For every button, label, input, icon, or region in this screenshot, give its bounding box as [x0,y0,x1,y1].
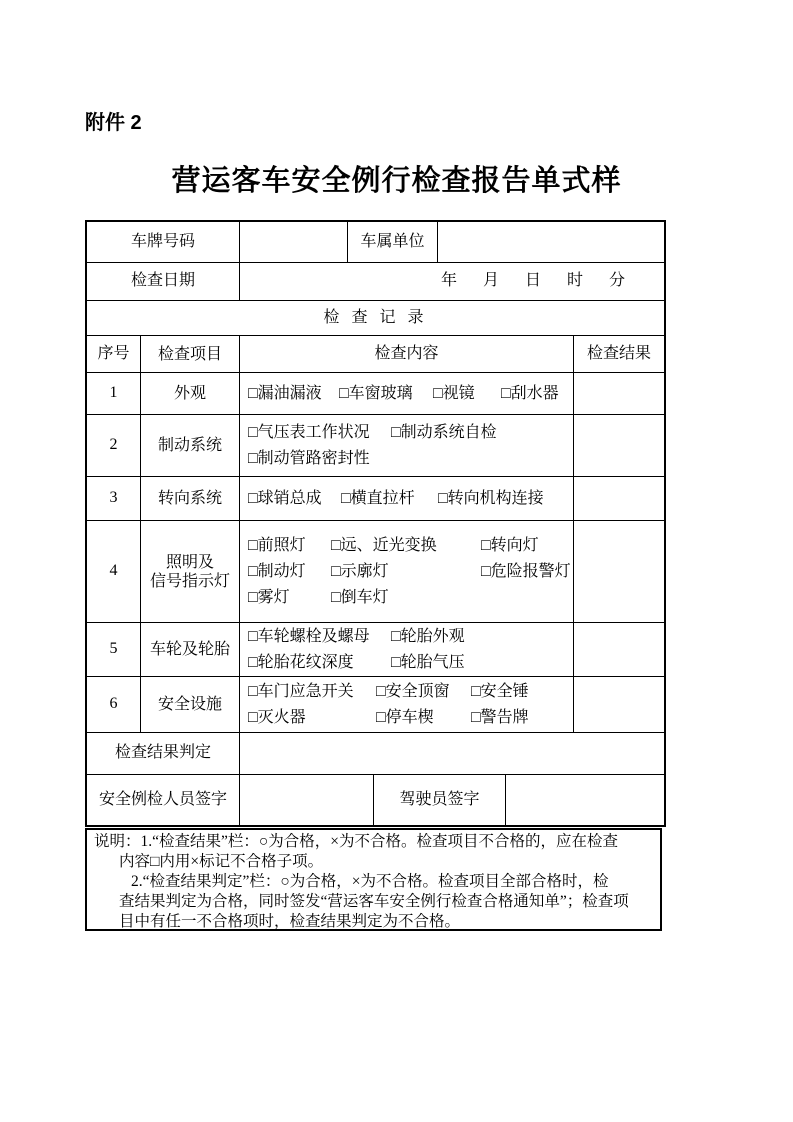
checkbox-label: 车窗玻璃 [349,385,413,402]
checkbox-icon[interactable]: □ [391,654,401,671]
checkbox-item: □停车楔 [376,705,471,731]
checkbox-label: 危险报警灯 [491,563,571,580]
checkbox-icon[interactable]: □ [248,424,258,441]
checkbox-icon[interactable]: □ [433,385,443,402]
item-text: 外观 [174,384,206,403]
checkbox-item: □车窗玻璃 [339,381,433,407]
inspection-date-label: 检查日期 [87,263,240,300]
checkbox-icon[interactable]: □ [248,537,258,554]
checkbox-label: 远、近光变换 [341,537,437,554]
checkbox-line: □漏油漏液 □车窗玻璃 □视镜 □刮水器 [248,381,573,407]
checkbox-label: 示廓灯 [341,563,389,580]
inspection-content-cell: □漏油漏液 □车窗玻璃 □视镜 □刮水器 [240,373,574,414]
vehicle-unit-field[interactable] [438,222,664,262]
column-header-content: 检查内容 [240,336,574,372]
checkbox-label: 刮水器 [511,385,559,402]
row-number: 5 [87,623,141,676]
inspection-form-table: 车牌号码 车属单位 检查日期 年 月 日 时 分 检 查 记 录 序号 检查项目… [85,220,666,827]
note-line: 内容□内用×标记不合格子项。 [119,852,656,872]
checkbox-label: 视镜 [443,385,475,402]
row-number: 4 [87,521,141,622]
checkbox-item: □车门应急开关 [248,679,376,705]
checkbox-icon[interactable]: □ [331,563,341,580]
inspection-content-cell: □球销总成 □横直拉杆 □转向机构连接 [240,477,574,520]
checkbox-icon[interactable]: □ [248,654,258,671]
checkbox-item: □远、近光变换 [331,533,481,559]
checkbox-item: □危险报警灯 [481,559,573,585]
checkbox-icon[interactable]: □ [248,450,258,467]
checkbox-item: □刮水器 [501,381,573,407]
checkbox-item: □前照灯 [248,533,331,559]
checkbox-item: □转向灯 [481,533,573,559]
inspection-result-cell[interactable] [574,373,664,414]
checkbox-icon[interactable]: □ [248,385,258,402]
verdict-field[interactable] [240,733,664,774]
inspection-row-2: 2 制动系统 □气压表工作状况 □制动系统自检 □制动管路密封性 [87,415,664,477]
inspection-content-cell: □车门应急开关 □安全顶窗 □安全锤 □灭火器 □停车楔 □警告牌 [240,677,574,732]
inspection-item-label: 转向系统 [141,477,240,520]
note-line: 目中有任一不合格项时，检查结果判定为不合格。 [119,912,656,932]
item-text: 安全设施 [158,695,222,714]
checkbox-line: □球销总成 □横直拉杆 □转向机构连接 [248,486,573,512]
checkbox-item: □轮胎气压 [391,650,573,676]
note-line: 查结果判定为合格，同时签发“营运客车安全例行检查合格通知单”；检查项 [119,892,656,912]
vehicle-unit-label: 车属单位 [348,222,438,262]
inspection-item-label: 车轮及轮胎 [141,623,240,676]
item-text-line1: 照明及 [166,553,214,572]
checkbox-label: 倒车灯 [341,589,389,606]
plate-number-label: 车牌号码 [87,222,240,262]
checkbox-label: 轮胎花纹深度 [258,654,354,671]
record-title-row: 检 查 记 录 [87,301,664,336]
checkbox-icon[interactable]: □ [341,490,351,507]
checkbox-line: □轮胎花纹深度 □轮胎气压 [248,650,573,676]
checkbox-item: □制动系统自检 [391,420,573,446]
checkbox-line: □前照灯 □远、近光变换 □转向灯 [248,533,573,559]
inspection-row-3: 3 转向系统 □球销总成 □横直拉杆 □转向机构连接 [87,477,664,521]
checkbox-item: □制动灯 [248,559,331,585]
item-text: 转向系统 [158,489,222,508]
checkbox-label: 球销总成 [258,490,322,507]
item-text-line2: 信号指示灯 [150,572,230,591]
checkbox-item: □气压表工作状况 [248,420,391,446]
driver-signature-label: 驾驶员签字 [374,775,506,825]
checkbox-label: 停车楔 [386,709,434,726]
inspection-row-4: 4 照明及 信号指示灯 □前照灯 □远、近光变换 □转向灯 □制动灯 □示廓灯 … [87,521,664,623]
checkbox-line: □气压表工作状况 □制动系统自检 [248,420,573,446]
document-title: 营运客车安全例行检查报告单式样 [0,164,793,199]
inspection-item-label: 外观 [141,373,240,414]
inspection-content-cell: □气压表工作状况 □制动系统自检 □制动管路密封性 [240,415,574,476]
inspection-row-5: 5 车轮及轮胎 □车轮螺栓及螺母 □轮胎外观 □轮胎花纹深度 □轮胎气压 [87,623,664,677]
driver-signature-field[interactable] [506,775,664,825]
inspection-date-field[interactable]: 年 月 日 时 分 [240,263,664,300]
checkbox-label: 漏油漏液 [258,385,322,402]
inspection-row-6: 6 安全设施 □车门应急开关 □安全顶窗 □安全锤 □灭火器 □停车楔 □警告牌 [87,677,664,733]
checkbox-label: 横直拉杆 [351,490,415,507]
checkbox-label: 安全锤 [481,683,529,700]
notes-box: 说明：1.“检查结果”栏：○为合格，×为不合格。检查项目不合格的，应在检查 内容… [85,828,662,931]
checkbox-icon[interactable]: □ [481,563,491,580]
checkbox-label: 灭火器 [258,709,306,726]
checkbox-item: □转向机构连接 [438,486,573,512]
checkbox-label: 制动灯 [258,563,306,580]
row-number: 2 [87,415,141,476]
inspection-result-cell[interactable] [574,415,664,476]
checkbox-icon[interactable]: □ [248,490,258,507]
inspection-result-cell[interactable] [574,677,664,732]
checkbox-line: □制动管路密封性 [248,446,573,472]
column-header-result: 检查结果 [574,336,664,372]
checkbox-item: □警告牌 [471,705,573,731]
item-text: 车轮及轮胎 [150,640,230,659]
inspection-result-cell[interactable] [574,623,664,676]
checkbox-label: 警告牌 [481,709,529,726]
checkbox-line: □车轮螺栓及螺母 □轮胎外观 [248,624,573,650]
checkbox-line: □灭火器 □停车楔 □警告牌 [248,705,573,731]
checkbox-icon[interactable]: □ [438,490,448,507]
checkbox-icon[interactable]: □ [391,424,401,441]
checkbox-icon[interactable]: □ [339,385,349,402]
checkbox-line: □雾灯 □倒车灯 [248,585,573,611]
checkbox-icon[interactable]: □ [248,628,258,645]
checkbox-item: □制动管路密封性 [248,446,391,472]
checkbox-icon[interactable]: □ [248,563,258,580]
checkbox-label: 雾灯 [258,589,290,606]
checkbox-label: 气压表工作状况 [258,424,370,441]
inspection-date-row: 检查日期 年 月 日 时 分 [87,263,664,301]
checkbox-item: □安全锤 [471,679,573,705]
verdict-label: 检查结果判定 [87,733,240,774]
record-title: 检 查 记 录 [87,301,664,335]
checkbox-label: 转向机构连接 [448,490,544,507]
checkbox-icon[interactable]: □ [471,709,481,726]
checkbox-item: □雾灯 [248,585,331,611]
checkbox-item: □示廓灯 [331,559,481,585]
checkbox-label: 转向灯 [491,537,539,554]
checkbox-line: □制动灯 □示廓灯 □危险报警灯 [248,559,573,585]
inspection-result-cell[interactable] [574,477,664,520]
checkbox-icon[interactable]: □ [471,683,481,700]
inspector-signature-label: 安全例检人员签字 [87,775,240,825]
row-number: 6 [87,677,141,732]
checkbox-item: □球销总成 [248,486,341,512]
checkbox-label: 车门应急开关 [258,683,354,700]
column-header-item: 检查项目 [141,336,240,372]
checkbox-label: 前照灯 [258,537,306,554]
row-number: 1 [87,373,141,414]
inspection-result-cell[interactable] [574,521,664,622]
attachment-label: 附件 2 [85,111,142,135]
checkbox-icon[interactable]: □ [248,589,258,606]
checkbox-icon[interactable]: □ [376,709,386,726]
checkbox-icon[interactable]: □ [391,628,401,645]
checkbox-icon[interactable]: □ [331,537,341,554]
column-header-no: 序号 [87,336,141,372]
checkbox-icon[interactable]: □ [501,385,511,402]
checkbox-item: □轮胎花纹深度 [248,650,391,676]
note-line: 说明：1.“检查结果”栏：○为合格，×为不合格。检查项目不合格的，应在检查 [94,832,656,852]
plate-unit-row: 车牌号码 车属单位 [87,222,664,263]
checkbox-icon[interactable]: □ [376,683,386,700]
row-number: 3 [87,477,141,520]
checkbox-line: □车门应急开关 □安全顶窗 □安全锤 [248,679,573,705]
checkbox-item: □安全顶窗 [376,679,471,705]
checkbox-label: 制动系统自检 [401,424,497,441]
checkbox-item: □轮胎外观 [391,624,573,650]
checkbox-item: □灭火器 [248,705,376,731]
note-line: 2.“检查结果判定”栏：○为合格，×为不合格。检查项目全部合格时，检 [131,872,656,892]
checkbox-icon[interactable]: □ [331,589,341,606]
checkbox-label: 制动管路密封性 [258,450,370,467]
signature-row: 安全例检人员签字 驾驶员签字 [87,775,664,825]
inspection-item-label: 制动系统 [141,415,240,476]
checkbox-label: 轮胎气压 [401,654,465,671]
checkbox-item: □横直拉杆 [341,486,438,512]
inspection-item-label: 安全设施 [141,677,240,732]
checkbox-icon[interactable]: □ [481,537,491,554]
plate-number-field[interactable] [240,222,348,262]
inspector-signature-field[interactable] [240,775,374,825]
checkbox-label: 车轮螺栓及螺母 [258,628,370,645]
document-page: 附件 2 营运客车安全例行检查报告单式样 车牌号码 车属单位 检查日期 年 月 … [0,0,793,1122]
checkbox-item: □视镜 [433,381,501,407]
verdict-row: 检查结果判定 [87,733,664,775]
inspection-content-cell: □前照灯 □远、近光变换 □转向灯 □制动灯 □示廓灯 □危险报警灯 □雾灯 □… [240,521,574,622]
checkbox-icon[interactable]: □ [248,709,258,726]
checkbox-label: 轮胎外观 [401,628,465,645]
checkbox-item: □倒车灯 [331,585,481,611]
checkbox-item: □漏油漏液 [248,381,339,407]
inspection-row-1: 1 外观 □漏油漏液 □车窗玻璃 □视镜 □刮水器 [87,373,664,415]
item-text: 制动系统 [158,436,222,455]
column-header-row: 序号 检查项目 检查内容 检查结果 [87,336,664,373]
checkbox-icon[interactable]: □ [248,683,258,700]
checkbox-label: 安全顶窗 [386,683,450,700]
inspection-item-label: 照明及 信号指示灯 [141,521,240,622]
checkbox-item: □车轮螺栓及螺母 [248,624,391,650]
inspection-content-cell: □车轮螺栓及螺母 □轮胎外观 □轮胎花纹深度 □轮胎气压 [240,623,574,676]
